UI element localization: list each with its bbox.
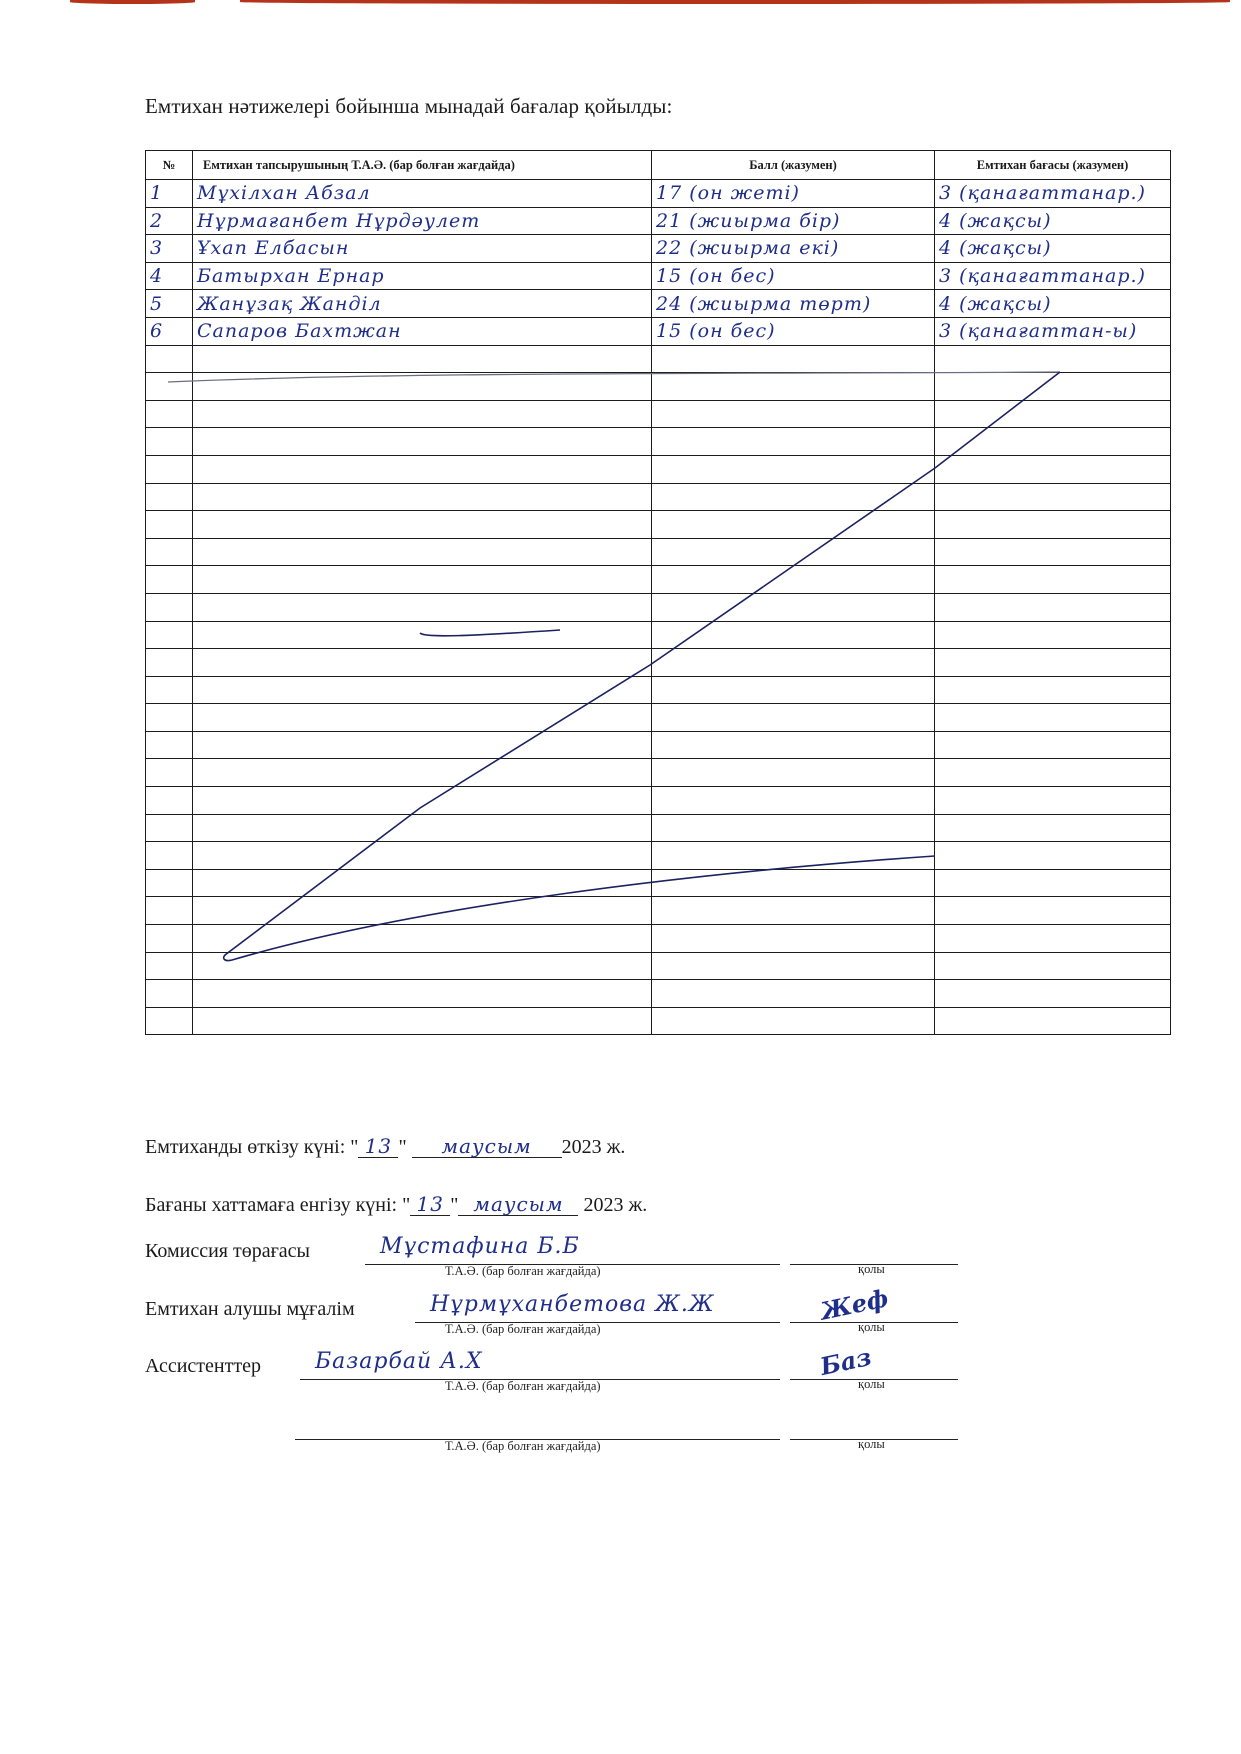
empty-cell [652, 897, 935, 925]
empty-cell [652, 373, 935, 401]
signature-role-label: Емтихан алушы мұғалім [145, 1298, 355, 1321]
column-header-score: Балл (жазумен) [652, 151, 935, 180]
grade-cell: 4 (жақсы) [935, 235, 1171, 263]
empty-table-row [146, 731, 1171, 759]
name-field-caption: Т.А.Ә. (бар болған жағдайда) [445, 1439, 601, 1454]
empty-cell [935, 566, 1171, 594]
empty-cell [146, 1007, 193, 1035]
empty-cell [193, 345, 652, 373]
score-cell: 22 (жиырма екі) [652, 235, 935, 263]
empty-cell [935, 704, 1171, 732]
row-number-cell: 6 [146, 317, 193, 345]
empty-cell [146, 897, 193, 925]
signature-field-caption: қолы [858, 1377, 885, 1392]
empty-cell [652, 980, 935, 1008]
empty-cell [193, 952, 652, 980]
empty-cell [935, 621, 1171, 649]
student-name-cell: Батырхан Ернар [193, 262, 652, 290]
empty-cell [193, 731, 652, 759]
empty-cell [652, 649, 935, 677]
score-cell: 17 (он жеті) [652, 180, 935, 208]
empty-table-row [146, 345, 1171, 373]
empty-cell [652, 593, 935, 621]
exam-date-line: Емтиханды өткізу күні: "13" маусым2023 ж… [145, 1136, 625, 1159]
grade-cell: 3 (қанағаттанар.) [935, 180, 1171, 208]
empty-table-row [146, 787, 1171, 815]
empty-cell [935, 483, 1171, 511]
score-cell: 15 (он бес) [652, 317, 935, 345]
empty-cell [193, 925, 652, 953]
empty-table-row [146, 621, 1171, 649]
handwritten-name: Мұстафина Б.Б [380, 1234, 580, 1259]
empty-cell [146, 566, 193, 594]
empty-table-row [146, 676, 1171, 704]
empty-cell [935, 731, 1171, 759]
student-name-cell: Ұхап Елбасын [193, 235, 652, 263]
empty-cell [652, 759, 935, 787]
empty-cell [193, 511, 652, 539]
column-header-grade: Емтихан бағасы (жазумен) [935, 151, 1171, 180]
signature-field-caption: қолы [858, 1437, 885, 1452]
row-number-cell: 2 [146, 207, 193, 235]
handwritten-name: Базарбай А.Х [315, 1349, 483, 1374]
signature-role-label: Комиссия төрағасы [145, 1240, 310, 1263]
empty-cell [146, 814, 193, 842]
empty-cell [146, 704, 193, 732]
row-number-cell: 3 [146, 235, 193, 263]
column-header-name: Емтихан тапсырушының Т.А.Ә. (бар болған … [193, 151, 652, 180]
student-name-cell: Мұхілхан Абзал [193, 180, 652, 208]
table-row: 6Сапаров Бахтжан15 (он бес)3 (қанағаттан… [146, 317, 1171, 345]
empty-cell [193, 842, 652, 870]
entry-date-day-field: 13 [410, 1194, 450, 1216]
empty-table-row [146, 538, 1171, 566]
empty-table-row [146, 842, 1171, 870]
table-header-row: № Емтихан тапсырушының Т.А.Ә. (бар болға… [146, 151, 1171, 180]
empty-cell [146, 649, 193, 677]
empty-table-row [146, 952, 1171, 980]
empty-cell [193, 400, 652, 428]
signature-field-caption: қолы [858, 1320, 885, 1335]
table-row: 4Батырхан Ернар15 (он бес)3 (қанағаттана… [146, 262, 1171, 290]
empty-cell [193, 566, 652, 594]
empty-cell [652, 428, 935, 456]
empty-cell [652, 814, 935, 842]
empty-table-row [146, 400, 1171, 428]
empty-table-row [146, 704, 1171, 732]
table-row: 1Мұхілхан Абзал17 (он жеті)3 (қанағаттан… [146, 180, 1171, 208]
page-heading: Емтихан нәтижелері бойынша мынадай бағал… [145, 94, 672, 119]
empty-cell [193, 814, 652, 842]
empty-cell [652, 621, 935, 649]
handwritten-name: Нұрмұханбетова Ж.Ж [430, 1292, 715, 1317]
empty-cell [193, 787, 652, 815]
scan-edge-stain-right [240, 0, 1230, 4]
row-number-cell: 4 [146, 262, 193, 290]
empty-cell [146, 621, 193, 649]
empty-cell [146, 759, 193, 787]
empty-cell [193, 676, 652, 704]
entry-date-label: Бағаны хаттамаға енгізу күні: " [145, 1194, 410, 1216]
empty-cell [652, 400, 935, 428]
empty-cell [193, 373, 652, 401]
empty-cell [652, 566, 935, 594]
entry-date-line: Бағаны хаттамаға енгізу күні: "13"маусым… [145, 1194, 647, 1217]
empty-cell [146, 925, 193, 953]
empty-cell [146, 731, 193, 759]
grades-table: № Емтихан тапсырушының Т.А.Ә. (бар болға… [145, 150, 1171, 1035]
empty-cell [146, 593, 193, 621]
empty-cell [935, 842, 1171, 870]
empty-table-row [146, 759, 1171, 787]
name-field-caption: Т.А.Ә. (бар болған жағдайда) [445, 1264, 601, 1279]
name-field-caption: Т.А.Ә. (бар болған жағдайда) [445, 1379, 601, 1394]
empty-cell [935, 593, 1171, 621]
empty-cell [652, 676, 935, 704]
empty-cell [935, 345, 1171, 373]
empty-cell [935, 1007, 1171, 1035]
empty-cell [146, 676, 193, 704]
empty-table-row [146, 593, 1171, 621]
empty-cell [193, 593, 652, 621]
empty-table-row [146, 980, 1171, 1008]
empty-cell [193, 704, 652, 732]
exam-date-quote: " [398, 1136, 406, 1158]
empty-table-row [146, 1007, 1171, 1035]
grade-cell: 4 (жақсы) [935, 290, 1171, 318]
score-cell: 24 (жиырма төрт) [652, 290, 935, 318]
empty-cell [935, 649, 1171, 677]
empty-cell [652, 345, 935, 373]
empty-cell [146, 345, 193, 373]
empty-cell [652, 952, 935, 980]
empty-table-row [146, 897, 1171, 925]
empty-table-row [146, 373, 1171, 401]
empty-cell [652, 704, 935, 732]
empty-table-row [146, 428, 1171, 456]
empty-cell [652, 842, 935, 870]
empty-cell [146, 787, 193, 815]
empty-cell [652, 869, 935, 897]
empty-cell [146, 400, 193, 428]
empty-cell [935, 538, 1171, 566]
empty-cell [652, 511, 935, 539]
student-name-cell: Жанұзақ Жанділ [193, 290, 652, 318]
row-number-cell: 1 [146, 180, 193, 208]
empty-cell [935, 869, 1171, 897]
empty-cell [935, 814, 1171, 842]
column-header-number: № [146, 151, 193, 180]
empty-table-row [146, 869, 1171, 897]
grade-cell: 3 (қанағаттан-ы) [935, 317, 1171, 345]
grade-cell: 3 (қанағаттанар.) [935, 262, 1171, 290]
empty-cell [146, 373, 193, 401]
empty-cell [935, 897, 1171, 925]
empty-table-row [146, 649, 1171, 677]
empty-cell [935, 428, 1171, 456]
empty-cell [193, 428, 652, 456]
student-name-cell: Нұрмағанбет Нұрдәулет [193, 207, 652, 235]
empty-cell [193, 869, 652, 897]
empty-cell [935, 455, 1171, 483]
empty-cell [935, 980, 1171, 1008]
table-row: 3Ұхап Елбасын22 (жиырма екі)4 (жақсы) [146, 235, 1171, 263]
empty-cell [146, 952, 193, 980]
empty-cell [146, 455, 193, 483]
empty-cell [652, 787, 935, 815]
empty-table-row [146, 511, 1171, 539]
row-number-cell: 5 [146, 290, 193, 318]
empty-cell [193, 483, 652, 511]
empty-cell [935, 676, 1171, 704]
exam-date-year: 2023 ж. [562, 1136, 626, 1158]
table-row: 5Жанұзақ Жанділ24 (жиырма төрт)4 (жақсы) [146, 290, 1171, 318]
empty-cell [193, 455, 652, 483]
empty-table-row [146, 814, 1171, 842]
empty-cell [652, 1007, 935, 1035]
empty-cell [193, 759, 652, 787]
empty-cell [146, 842, 193, 870]
name-field-caption: Т.А.Ә. (бар болған жағдайда) [445, 1322, 601, 1337]
name-field-line [295, 1415, 780, 1440]
exam-date-label: Емтиханды өткізу күні: " [145, 1136, 358, 1158]
empty-cell [193, 897, 652, 925]
exam-date-month-field: маусым [412, 1136, 562, 1158]
exam-date-day-field: 13 [358, 1136, 398, 1158]
grade-cell: 4 (жақсы) [935, 207, 1171, 235]
empty-table-row [146, 566, 1171, 594]
empty-cell [193, 1007, 652, 1035]
empty-cell [193, 980, 652, 1008]
empty-cell [935, 787, 1171, 815]
empty-cell [193, 649, 652, 677]
entry-date-quote: " [450, 1194, 458, 1216]
empty-cell [146, 869, 193, 897]
empty-cell [146, 483, 193, 511]
empty-cell [146, 980, 193, 1008]
score-cell: 21 (жиырма бір) [652, 207, 935, 235]
empty-table-row [146, 483, 1171, 511]
empty-cell [935, 952, 1171, 980]
empty-cell [146, 428, 193, 456]
signature-role-label: Ассистенттер [145, 1355, 261, 1378]
table-row: 2Нұрмағанбет Нұрдәулет21 (жиырма бір)4 (… [146, 207, 1171, 235]
empty-table-row [146, 455, 1171, 483]
entry-date-month-field: маусым [458, 1194, 578, 1216]
empty-cell [935, 373, 1171, 401]
signature-field-caption: қолы [858, 1262, 885, 1277]
empty-cell [935, 925, 1171, 953]
empty-cell [935, 511, 1171, 539]
empty-cell [652, 538, 935, 566]
empty-cell [935, 759, 1171, 787]
empty-cell [652, 455, 935, 483]
score-cell: 15 (он бес) [652, 262, 935, 290]
student-name-cell: Сапаров Бахтжан [193, 317, 652, 345]
entry-date-year: 2023 ж. [583, 1194, 647, 1216]
empty-cell [652, 483, 935, 511]
scan-edge-stain-left [70, 0, 195, 4]
empty-cell [935, 400, 1171, 428]
empty-cell [652, 731, 935, 759]
empty-cell [193, 538, 652, 566]
empty-table-row [146, 925, 1171, 953]
empty-cell [146, 511, 193, 539]
empty-cell [652, 925, 935, 953]
empty-cell [193, 621, 652, 649]
empty-cell [146, 538, 193, 566]
